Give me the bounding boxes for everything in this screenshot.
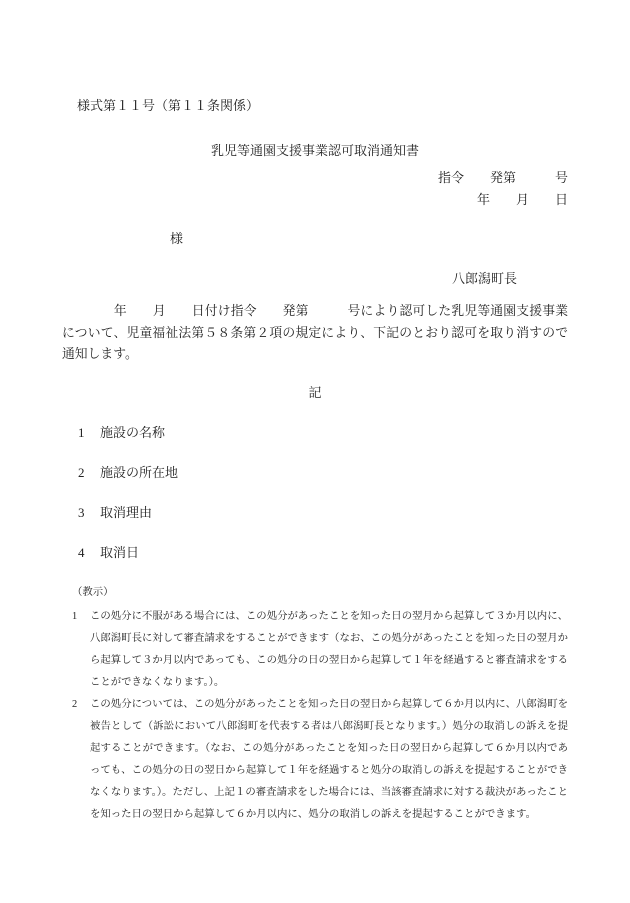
item-list: 1施設の名称 2施設の所在地 3取消理由 4取消日 bbox=[62, 424, 568, 562]
addressee-honorific: 様 bbox=[170, 231, 183, 246]
item-number: 4 bbox=[78, 544, 100, 562]
ki-heading: 記 bbox=[62, 384, 568, 402]
directive-number-line: 指令 発第 号 bbox=[62, 167, 568, 189]
list-item-facility-name: 1施設の名称 bbox=[62, 424, 568, 442]
item-number: 2 bbox=[78, 464, 100, 482]
item-label: 取消理由 bbox=[100, 505, 152, 520]
body-paragraph: 年 月 日付け指令 発第 号により認可した乳児等通園支援事業について、児童福祉法… bbox=[62, 301, 568, 366]
list-item-facility-location: 2施設の所在地 bbox=[62, 464, 568, 482]
date-line: 年 月 日 bbox=[62, 189, 568, 211]
sender-line: 八郎潟町長 bbox=[62, 270, 568, 288]
document-title: 乳児等通園支援事業認可取消通知書 bbox=[62, 142, 568, 160]
notice-heading: （教示） bbox=[72, 584, 568, 601]
notice-item-text: この処分に不服がある場合には、この処分があったことを知った日の翌月から起算して３… bbox=[90, 611, 568, 688]
notice-item-number: 1 bbox=[72, 606, 90, 628]
notice-item-number: 2 bbox=[72, 694, 90, 716]
notice-item-text: この処分については、この処分があったことを知った日の翌日から起算して６か月以内に… bbox=[90, 699, 568, 820]
item-label: 取消日 bbox=[100, 545, 139, 560]
document-page: 様式第１１号（第１１条関係） 乳児等通園支援事業認可取消通知書 指令 発第 号 … bbox=[0, 0, 630, 903]
item-label: 施設の所在地 bbox=[100, 465, 178, 480]
item-label: 施設の名称 bbox=[100, 425, 165, 440]
notice-item-lawsuit: 2この処分については、この処分があったことを知った日の翌日から起算して６か月以内… bbox=[72, 694, 568, 826]
list-item-revocation-date: 4取消日 bbox=[62, 544, 568, 562]
item-number: 3 bbox=[78, 504, 100, 522]
reference-block: 指令 発第 号 年 月 日 bbox=[62, 167, 568, 211]
notice-section: （教示） 1この処分に不服がある場合には、この処分があったことを知った日の翌月か… bbox=[62, 584, 568, 826]
sender-title: 八郎潟町長 bbox=[452, 271, 517, 286]
item-number: 1 bbox=[78, 424, 100, 442]
form-number: 様式第１１号（第１１条関係） bbox=[62, 97, 568, 115]
notice-item-appeal: 1この処分に不服がある場合には、この処分があったことを知った日の翌月から起算して… bbox=[72, 606, 568, 694]
addressee-line: 様 bbox=[62, 230, 568, 248]
list-item-revocation-reason: 3取消理由 bbox=[62, 504, 568, 522]
